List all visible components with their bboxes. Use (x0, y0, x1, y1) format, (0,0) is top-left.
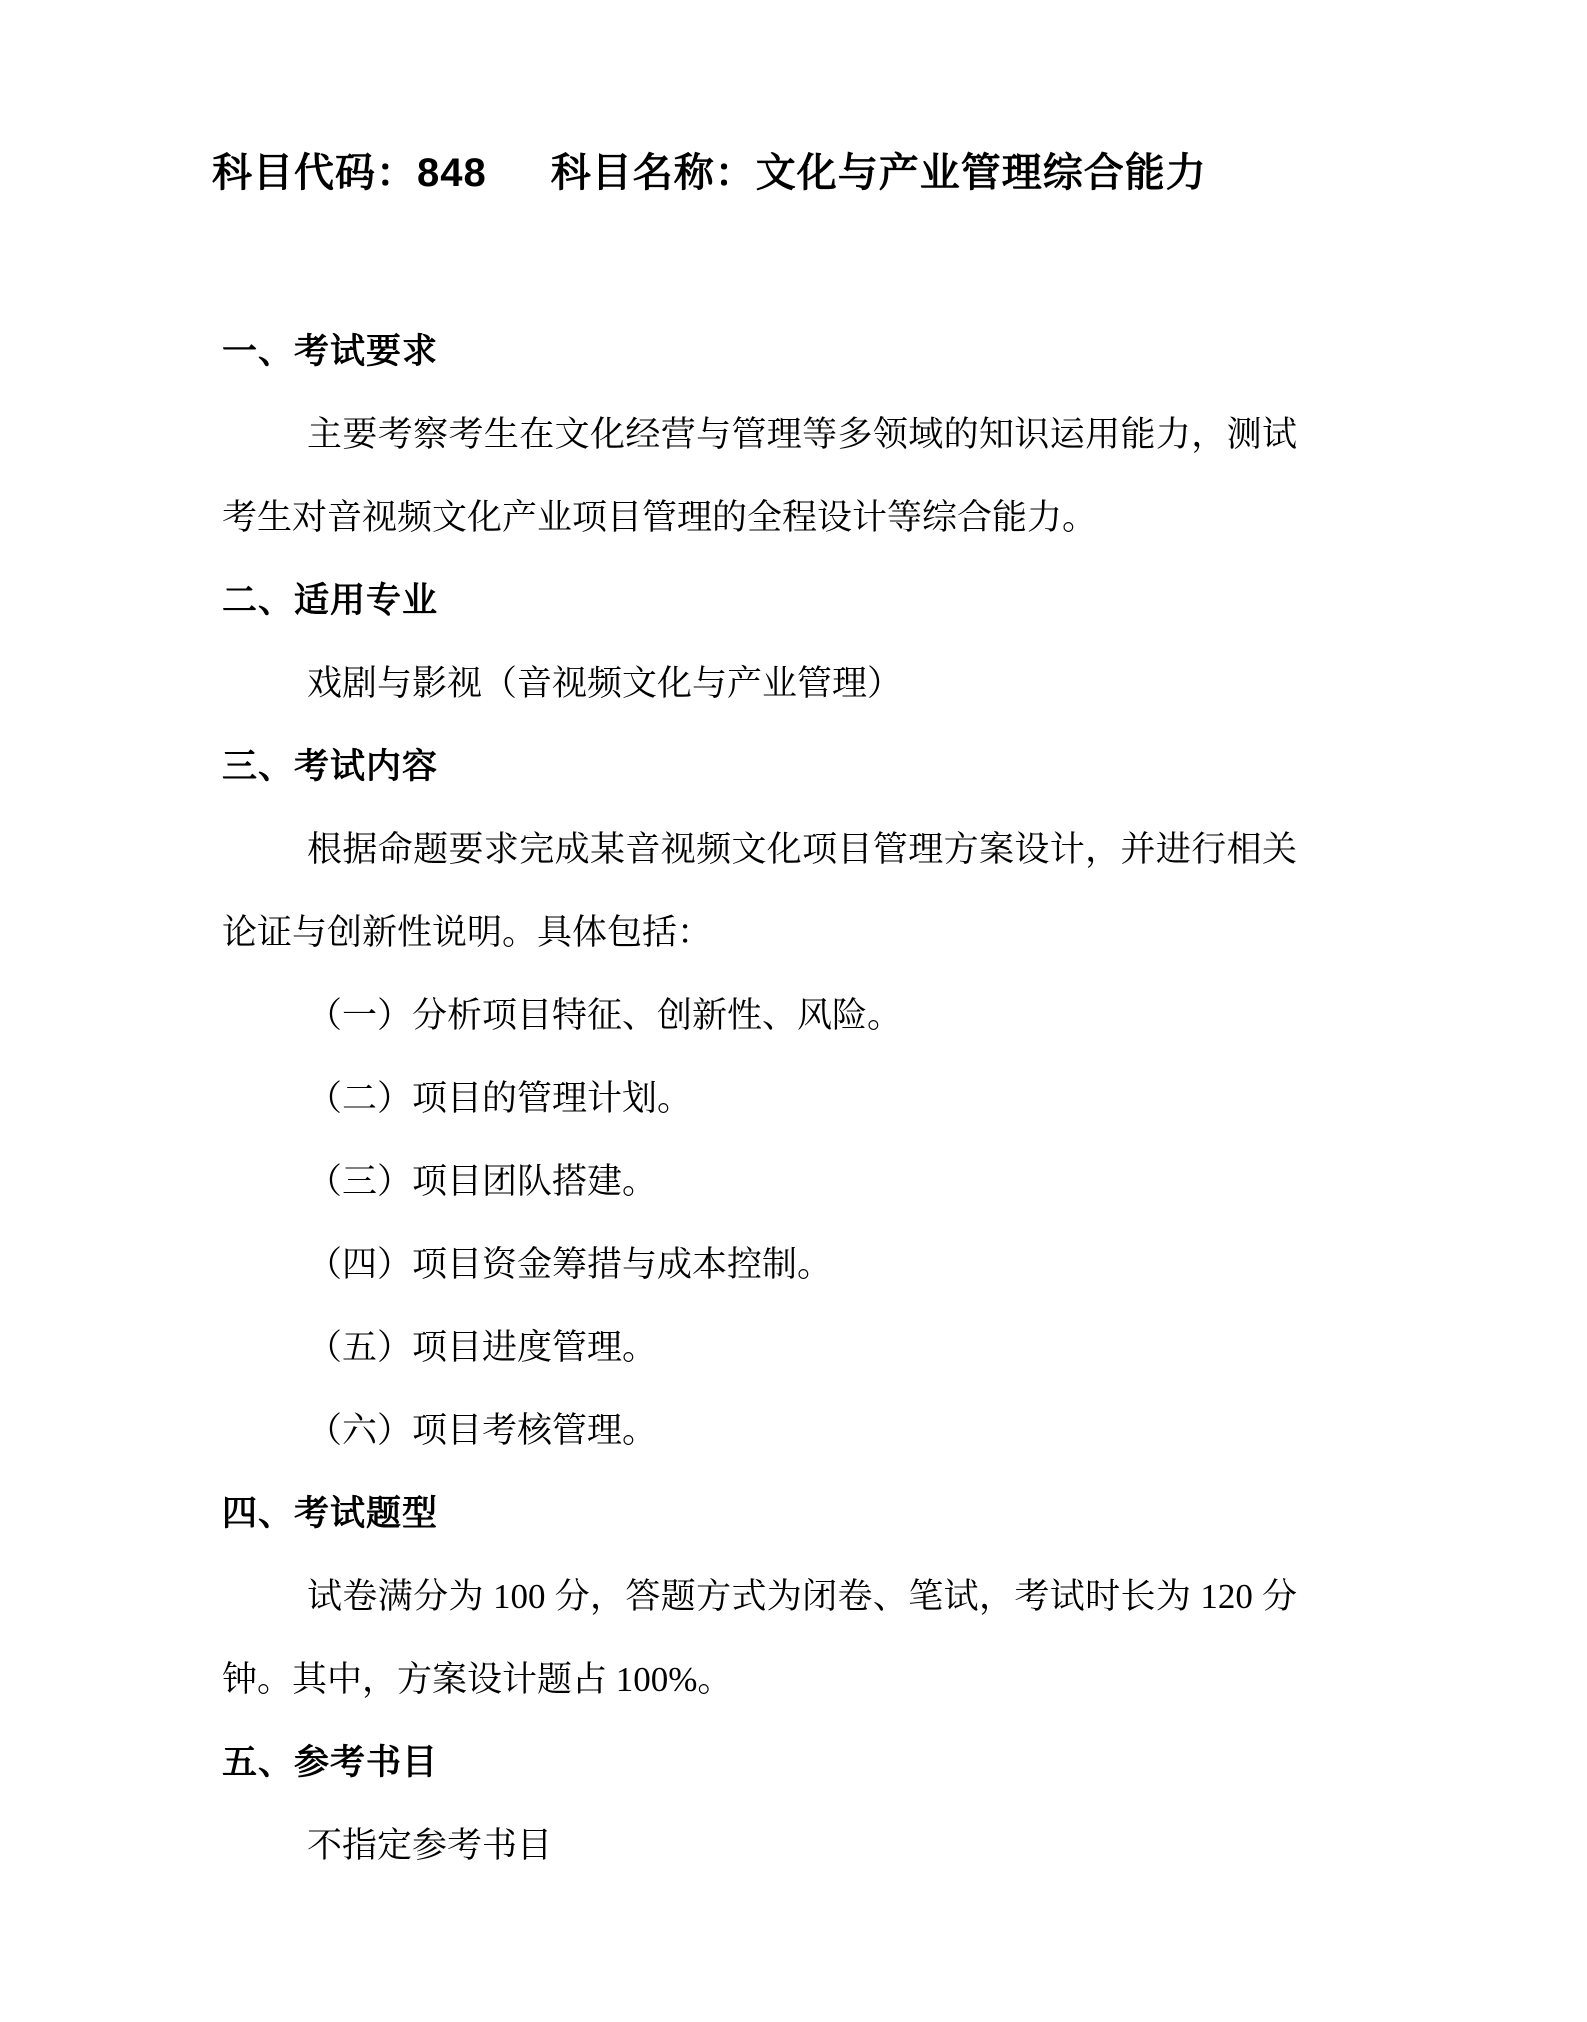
exam-content-item-4: （四）项目资金筹措与成本控制。 (222, 1223, 1297, 1306)
exam-content-item-3: （三）项目团队搭建。 (222, 1140, 1297, 1223)
document-body: 一、考试要求 主要考察考生在文化经营与管理等多领域的知识运用能力，测试考生对音视… (222, 310, 1297, 1887)
paragraph-exam-requirements: 主要考察考生在文化经营与管理等多领域的知识运用能力，测试考生对音视频文化产业项目… (222, 393, 1297, 559)
section-heading-reference-books: 五、参考书目 (222, 1721, 1297, 1804)
section-heading-applicable-majors: 二、适用专业 (222, 559, 1297, 642)
exam-content-item-1: （一）分析项目特征、创新性、风险。 (222, 974, 1297, 1057)
exam-content-item-6: （六）项目考核管理。 (222, 1389, 1297, 1472)
paragraph-exam-content: 根据命题要求完成某音视频文化项目管理方案设计，并进行相关论证与创新性说明。具体包… (222, 808, 1297, 974)
exam-content-item-5: （五）项目进度管理。 (222, 1306, 1297, 1389)
exam-content-item-2: （二）项目的管理计划。 (222, 1057, 1297, 1140)
paragraph-exam-format: 试卷满分为 100 分，答题方式为闭卷、笔试，考试时长为 120 分钟。其中，方… (222, 1555, 1297, 1721)
document-title: 科目代码：848 科目名称：文化与产业管理综合能力 (212, 145, 1587, 201)
paragraph-reference-books: 不指定参考书目 (222, 1804, 1297, 1887)
subject-name: 科目名称：文化与产业管理综合能力 (551, 145, 1207, 201)
subject-code: 科目代码：848 (212, 145, 487, 201)
paragraph-applicable-majors: 戏剧与影视（音视频文化与产业管理） (222, 642, 1297, 725)
section-heading-exam-format: 四、考试题型 (222, 1472, 1297, 1555)
document-page: 科目代码：848 科目名称：文化与产业管理综合能力 一、考试要求 主要考察考生在… (0, 0, 1587, 2022)
section-heading-exam-content: 三、考试内容 (222, 725, 1297, 808)
section-heading-exam-requirements: 一、考试要求 (222, 310, 1297, 393)
